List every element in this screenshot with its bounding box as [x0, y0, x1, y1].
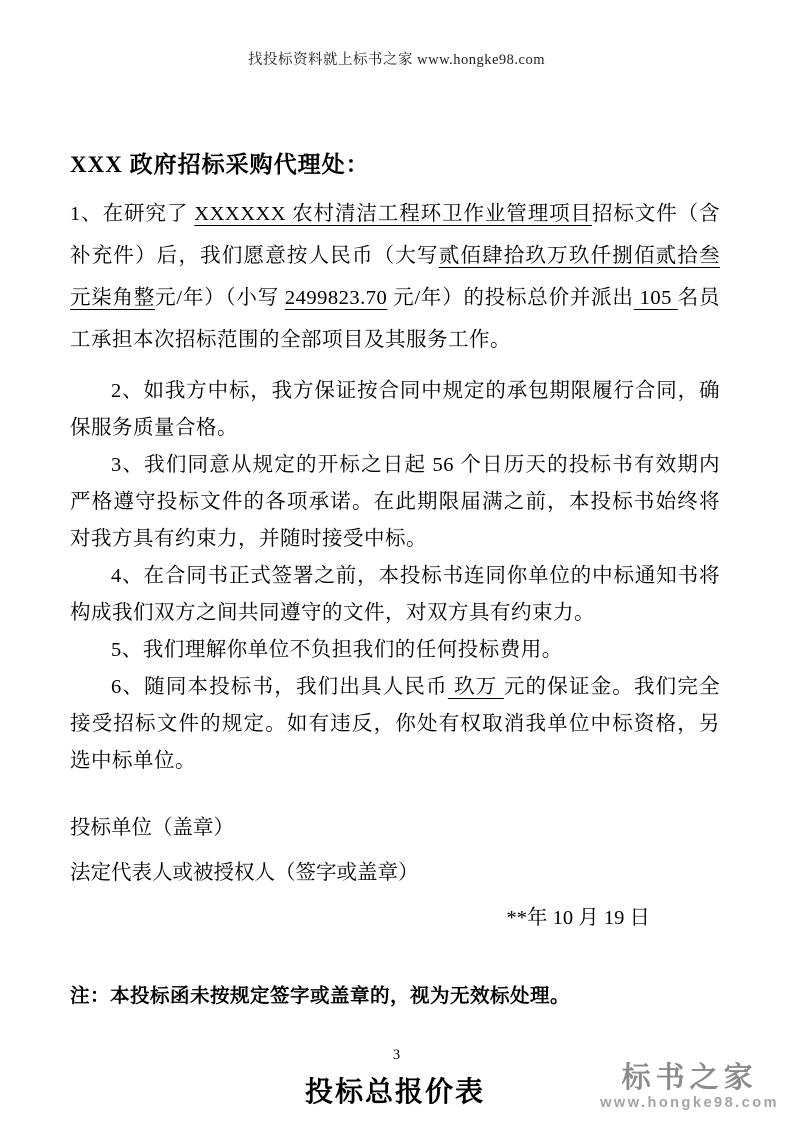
date-line: **年 10 月 19 日	[70, 898, 720, 938]
text-run: 5、我们理解你单位不负担我们的任何投标费用。	[111, 639, 563, 661]
paragraph: 4、在合同书正式签署之前，本投标书连同你单位的中标通知书将构成我们双方之间共同遵…	[70, 558, 720, 632]
text-run: 3、我们同意从规定的开标之日起 56 个日历天的投标书有效期内严格遵守投标文件的…	[70, 454, 720, 550]
document-content: XXX 政府招标采购代理处： 1、在研究了 XXXXXX 农村清洁工程环卫作业管…	[70, 146, 720, 1110]
salutation: XXX 政府招标采购代理处：	[70, 146, 720, 179]
bidder-seal-line: 投标单位（盖章）	[70, 806, 720, 851]
underlined-value: 105	[634, 287, 678, 309]
body-paragraphs: 1、在研究了 XXXXXX 农村清洁工程环卫作业管理项目招标文件（含补充件）后，…	[70, 193, 720, 780]
footer-logo-url: www.hongke98.com	[600, 1094, 779, 1112]
paragraph: 6、随同本投标书，我们出具人民币 玖万 元的保证金。我们完全接受招标文件的规定。…	[70, 669, 720, 780]
representative-signature-line: 法定代表人或被授权人（签字或盖章）	[70, 851, 720, 896]
signature-block: 投标单位（盖章） 法定代表人或被授权人（签字或盖章）	[70, 806, 720, 896]
text-run: 2、如我方中标，我方保证按合同中规定的承包期限履行合同，确保服务质量合格。	[70, 380, 720, 439]
text-run: 4、在合同书正式签署之前，本投标书连同你单位的中标通知书将构成我们双方之间共同遵…	[70, 565, 720, 624]
footer-logo-brand: 标书之家	[600, 1062, 779, 1094]
text-run: 6、随同本投标书，我们出具人民币	[111, 676, 448, 698]
header-watermark: 找投标资料就上标书之家 www.hongke98.com	[0, 48, 793, 69]
underlined-value: XXXXXX 农村清洁工程环卫作业管理项目	[194, 203, 592, 225]
underlined-value: 2499823.70	[285, 287, 387, 309]
note-line: 注：本投标函未按规定签字或盖章的，视为无效标处理。	[70, 980, 720, 1008]
text-run: 元/年）的投标总价并派出	[387, 287, 633, 309]
paragraph: 1、在研究了 XXXXXX 农村清洁工程环卫作业管理项目招标文件（含补充件）后，…	[70, 193, 720, 361]
text-run: 元/年）（小写	[155, 287, 285, 309]
paragraph: 5、我们理解你单位不负担我们的任何投标费用。	[70, 632, 720, 669]
paragraph: 2、如我方中标，我方保证按合同中规定的承包期限履行合同，确保服务质量合格。	[70, 373, 720, 447]
paragraph: 3、我们同意从规定的开标之日起 56 个日历天的投标书有效期内严格遵守投标文件的…	[70, 447, 720, 558]
text-run: 1、在研究了	[70, 203, 194, 225]
underlined-value: 玖万	[448, 676, 504, 698]
footer-logo: 标书之家 www.hongke98.com	[600, 1062, 779, 1112]
document-page: 找投标资料就上标书之家 www.hongke98.com XXX 政府招标采购代…	[0, 0, 793, 1122]
